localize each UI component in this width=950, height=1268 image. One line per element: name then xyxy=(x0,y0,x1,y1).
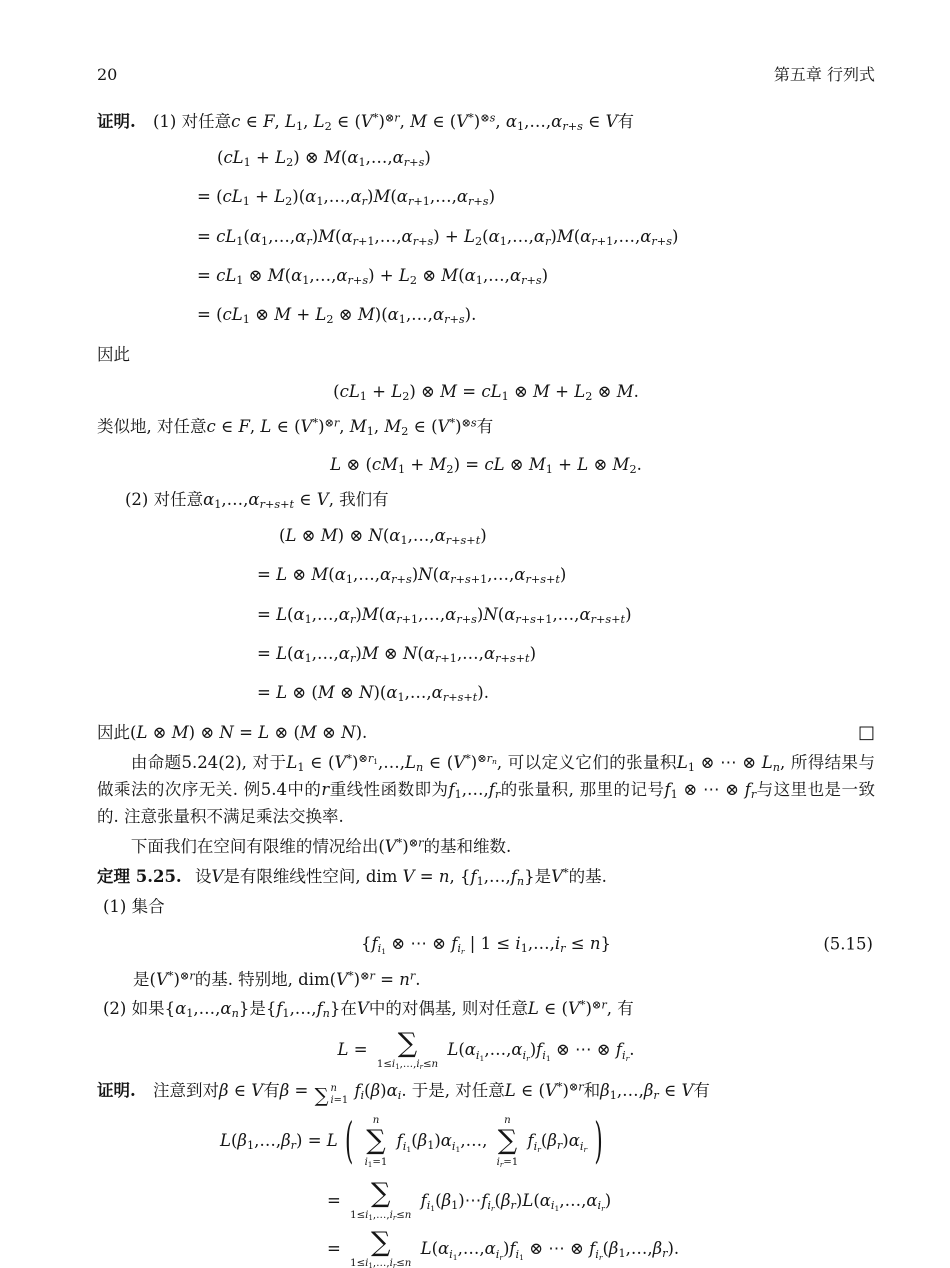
equation-line: = L ⊗ (M ⊗ N)(α1,…,αr+s+t). xyxy=(97,676,875,715)
page-number: 20 xyxy=(97,65,117,84)
qed-box: □ xyxy=(858,724,875,742)
equation-number: (5.15) xyxy=(823,928,873,959)
chapter-title: 第五章 行列式 xyxy=(774,62,875,85)
equation-line: = (cL1 ⊗ M + L2 ⊗ M)(α1,…,αr+s). xyxy=(97,298,875,337)
equation-line: L(β1,…,βr) = L ( n∑i1=1 fi1(β1)αi1,…, n∑… xyxy=(97,1115,875,1169)
proof2-label: 证明. xyxy=(97,1081,136,1100)
equation-line: = cL1 ⊗ M(α1,…,αr+s) + L2 ⊗ M(α1,…,αr+s) xyxy=(97,259,875,298)
equation-block-1: (cL1 + L2) ⊗ M(α1,…,αr+s) = (cL1 + L2)(α… xyxy=(97,141,875,337)
proof1-intro-text: (1) 对任意c ∈ F, L1, L2 ∈ (V*)⊗r, M ∈ (V*)⊗… xyxy=(153,112,634,131)
remark-paragraph-2: 下面我们在空间有限维的情况给出(V*)⊗r的基和维数. xyxy=(97,834,875,861)
equation-line: = L ⊗ M(α1,…,αr+s)N(αr+s+1,…,αr+s+t) xyxy=(97,558,875,597)
proof1-part2-intro: (2) 对任意α1,…,αr+s+t ∈ V, 我们有 xyxy=(97,487,875,514)
centered-equation-2: L ⊗ (cM1 + M2) = cL ⊗ M1 + L ⊗ M2. xyxy=(97,449,875,480)
theorem-label: 定理 5.25. xyxy=(97,867,182,886)
theorem-item-1: (1) 集合 xyxy=(97,894,875,921)
textbook-page: 20 第五章 行列式 证明. (1) 对任意c ∈ F, L1, L2 ∈ (V… xyxy=(0,0,950,1268)
equation-line: = L(α1,…,αr)M ⊗ N(αr+1,…,αr+s+t) xyxy=(97,637,875,676)
equation-line: (L ⊗ M) ⊗ N(α1,…,αr+s+t) xyxy=(97,519,875,558)
proof2-intro-text: 注意到对β ∈ V有β = ∑ni=1 fi(β)αi. 于是, 对任意L ∈ … xyxy=(153,1081,710,1100)
proof2-intro: 证明. 注意到对β ∈ V有β = ∑ni=1 fi(β)αi. 于是, 对任意… xyxy=(97,1078,875,1107)
equation-line: = ∑1≤i1,…,ir≤n L(αi1,…,αir)fi1 ⊗ ⋯ ⊗ fir… xyxy=(97,1230,875,1268)
equation-line: = L(α1,…,αr)M(αr+1,…,αr+s)N(αr+s+1,…,αr+… xyxy=(97,598,875,637)
equation-line: (cL1 + L2) ⊗ M(α1,…,αr+s) xyxy=(97,141,875,180)
equation-line: = ∑1≤i1,…,ir≤n fi1(β1)⋯fir(βr)L(αi1,…,αi… xyxy=(97,1181,875,1222)
therefore-text-1: 因此 xyxy=(97,342,875,369)
theorem-item-1-continued: 是(V*)⊗r的基. 特别地, dim(V*)⊗r = nr. xyxy=(97,967,875,994)
page-header: 20 第五章 行列式 xyxy=(97,62,875,85)
expansion-equation: L = ∑1≤i1,…,ir≤n L(αi1,…,αir)fi1 ⊗ ⋯ ⊗ f… xyxy=(97,1031,875,1072)
equation-block-3: L(β1,…,βr) = L ( n∑i1=1 fi1(β1)αi1,…, n∑… xyxy=(97,1115,875,1268)
proof1-conclusion: 因此(L ⊗ M) ⊗ N = L ⊗ (M ⊗ N). □ xyxy=(97,720,875,747)
basis-equation: {fi1 ⊗ ⋯ ⊗ fir | 1 ≤ i1,…,ir ≤ n} (5.15) xyxy=(97,928,875,960)
remark-paragraph: 由命题5.24(2), 对于L1 ∈ (V*)⊗r1,…,Ln ∈ (V*)⊗r… xyxy=(97,750,875,831)
basis-equation-body: {fi1 ⊗ ⋯ ⊗ fir | 1 ≤ i1,…,ir ≤ n} xyxy=(361,934,611,953)
conclusion-text: 因此(L ⊗ M) ⊗ N = L ⊗ (M ⊗ N). xyxy=(97,720,367,747)
similarly-text: 类似地, 对任意c ∈ F, L ∈ (V*)⊗r, M1, M2 ∈ (V*)… xyxy=(97,414,875,441)
equation-line: = (cL1 + L2)(α1,…,αr)M(αr+1,…,αr+s) xyxy=(97,180,875,219)
equation-block-2: (L ⊗ M) ⊗ N(α1,…,αr+s+t) = L ⊗ M(α1,…,αr… xyxy=(97,519,875,715)
centered-equation-1: (cL1 + L2) ⊗ M = cL1 ⊗ M + L2 ⊗ M. xyxy=(97,376,875,407)
theorem-item-2: (2) 如果{α1,…,αn}是{f1,…,fn}在V中的对偶基, 则对任意L … xyxy=(97,996,875,1023)
theorem-statement-text: 设V是有限维线性空间, dim V = n, {f1,…,fn}是V*的基. xyxy=(195,867,607,886)
equation-line: = cL1(α1,…,αr)M(αr+1,…,αr+s) + L2(α1,…,α… xyxy=(97,220,875,259)
theorem-statement: 定理 5.25. 设V是有限维线性空间, dim V = n, {f1,…,fn… xyxy=(97,864,875,891)
proof1-label: 证明. xyxy=(97,112,136,131)
proof1-intro: 证明. (1) 对任意c ∈ F, L1, L2 ∈ (V*)⊗r, M ∈ (… xyxy=(97,109,875,136)
